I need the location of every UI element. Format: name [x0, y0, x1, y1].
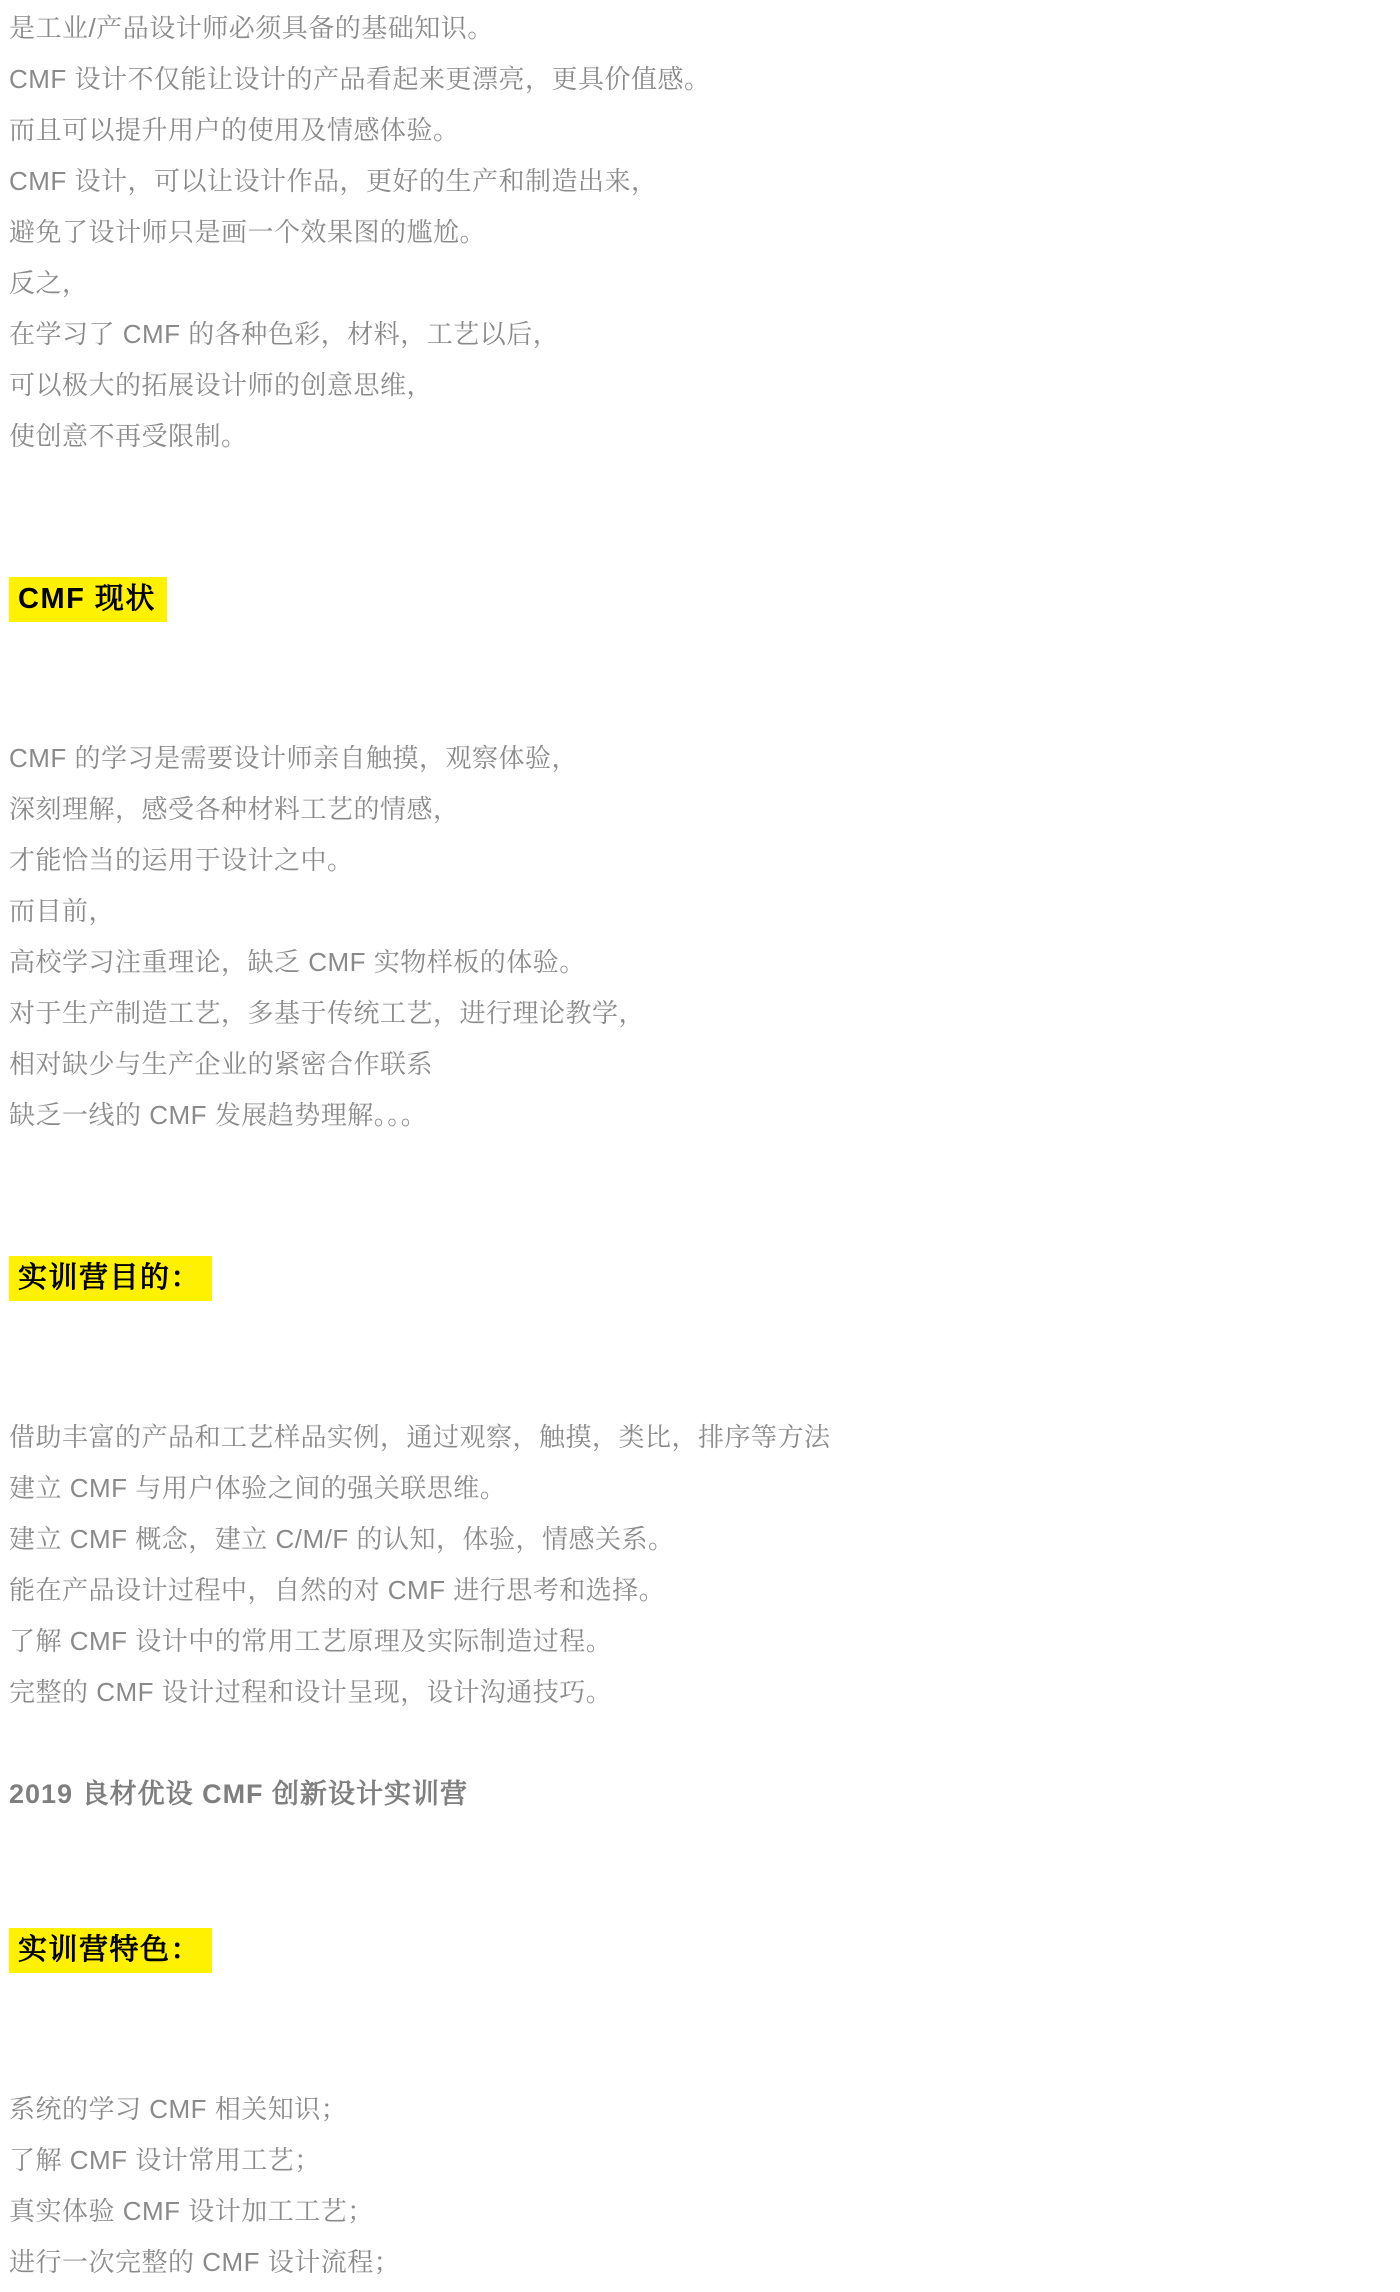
paragraph-line: 在学习了 CMF 的各种色彩，材料，工艺以后，	[9, 309, 1380, 360]
paragraph: 是工业/产品设计师必须具备的基础知识。CMF 设计不仅能让设计的产品看起来更漂亮…	[9, 3, 1380, 462]
paragraph-line: 建立 CMF 与用户体验之间的强关联思维。	[9, 1463, 1380, 1514]
section-heading: 实训营特色：	[9, 1928, 1380, 1973]
paragraph-line: 缺乏一线的 CMF 发展趋势理解。。。	[9, 1090, 1380, 1141]
paragraph-line: 建立 CMF 概念，建立 C/M/F 的认知，体验，情感关系。	[9, 1514, 1380, 1565]
paragraph-line: 而目前，	[9, 886, 1380, 937]
paragraph-line: 而且可以提升用户的使用及情感体验。	[9, 105, 1380, 156]
highlighted-heading-text: CMF 现状	[9, 577, 167, 622]
paragraph-line: CMF 设计，可以让设计作品，更好的生产和制造出来，	[9, 156, 1380, 207]
paragraph: 借助丰富的产品和工艺样品实例，通过观察，触摸，类比，排序等方法建立 CMF 与用…	[9, 1412, 1380, 1718]
paragraph-line: 对于生产制造工艺，多基于传统工艺，进行理论教学，	[9, 988, 1380, 1039]
section-heading: CMF 现状	[9, 577, 1380, 622]
paragraph-line: 完整的 CMF 设计过程和设计呈现，设计沟通技巧。	[9, 1667, 1380, 1718]
paragraph-line: 深刻理解，感受各种材料工艺的情感，	[9, 784, 1380, 835]
paragraph-line: 了解 CMF 设计中的常用工艺原理及实际制造过程。	[9, 1616, 1380, 1667]
paragraph-line: CMF 设计不仅能让设计的产品看起来更漂亮，更具价值感。	[9, 54, 1380, 105]
paragraph-line: CMF 的学习是需要设计师亲自触摸，观察体验，	[9, 733, 1380, 784]
paragraph-line: 可以极大的拓展设计师的创意思维，	[9, 360, 1380, 411]
paragraph-line: 借助丰富的产品和工艺样品实例，通过观察，触摸，类比，排序等方法	[9, 1412, 1380, 1463]
paragraph-line: 进行一次完整的 CMF 设计流程；	[9, 2237, 1380, 2288]
paragraph-line: 是工业/产品设计师必须具备的基础知识。	[9, 3, 1380, 54]
paragraph-line: 了解 CMF 设计常用工艺；	[9, 2135, 1380, 2186]
paragraph: 系统的学习 CMF 相关知识；了解 CMF 设计常用工艺；真实体验 CMF 设计…	[9, 2084, 1380, 2288]
paragraph-line: 反之，	[9, 258, 1380, 309]
paragraph-line: 相对缺少与生产企业的紧密合作联系	[9, 1039, 1380, 1090]
paragraph-line: 才能恰当的运用于设计之中。	[9, 835, 1380, 886]
paragraph: CMF 的学习是需要设计师亲自触摸，观察体验，深刻理解，感受各种材料工艺的情感，…	[9, 733, 1380, 1141]
highlighted-heading-text: 实训营目的：	[9, 1256, 212, 1301]
highlighted-heading-text: 实训营特色：	[9, 1928, 212, 1973]
article-content: 是工业/产品设计师必须具备的基础知识。CMF 设计不仅能让设计的产品看起来更漂亮…	[0, 0, 1400, 2288]
paragraph-line: 使创意不再受限制。	[9, 411, 1380, 462]
paragraph-line: 高校学习注重理论，缺乏 CMF 实物样板的体验。	[9, 937, 1380, 988]
paragraph-line: 能在产品设计过程中，自然的对 CMF 进行思考和选择。	[9, 1565, 1380, 1616]
course-title: 2019 良材优设 CMF 创新设计实训营	[9, 1776, 1380, 1812]
paragraph-line: 系统的学习 CMF 相关知识；	[9, 2084, 1380, 2135]
paragraph-line: 真实体验 CMF 设计加工工艺；	[9, 2186, 1380, 2237]
section-heading: 实训营目的：	[9, 1256, 1380, 1301]
paragraph-line: 避免了设计师只是画一个效果图的尴尬。	[9, 207, 1380, 258]
